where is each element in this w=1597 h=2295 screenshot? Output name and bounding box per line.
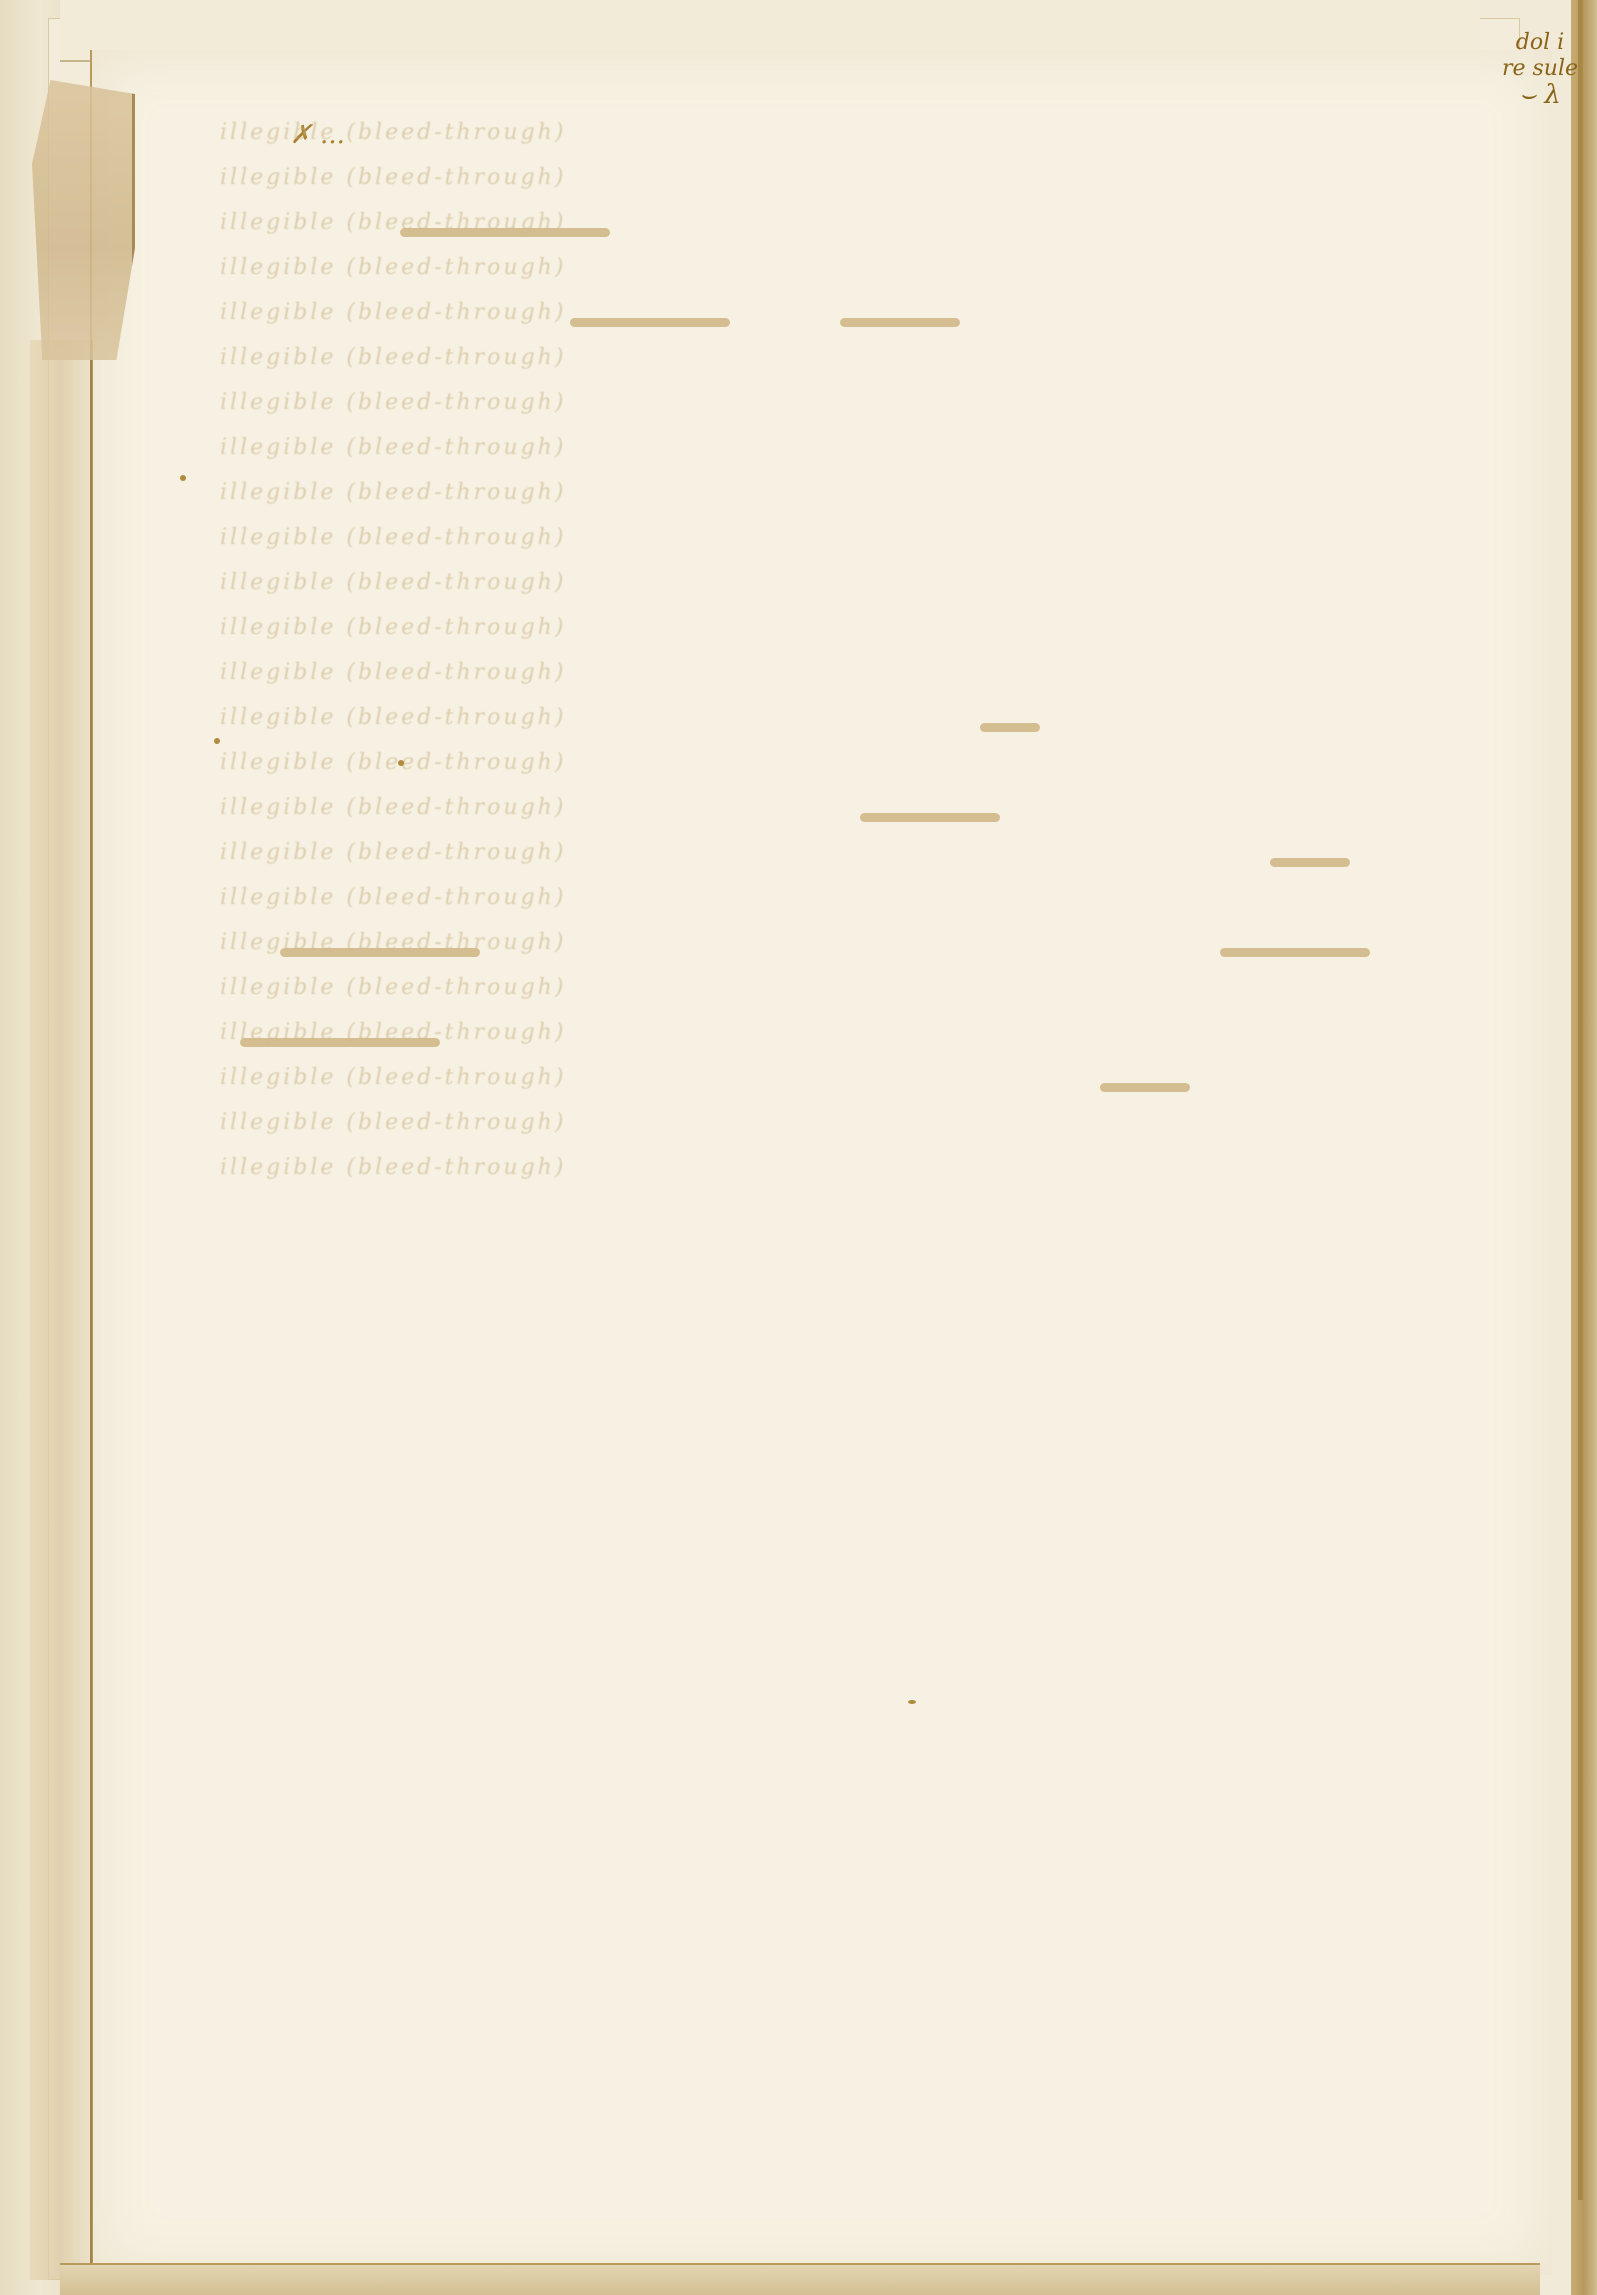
struck-out-word	[400, 228, 610, 237]
line-text: illegible (bleed-through)	[220, 705, 566, 730]
manuscript-line: illegible (bleed-through)	[220, 1020, 1400, 1062]
manuscript-line: illegible (bleed-through)	[220, 930, 1400, 972]
ink-speck	[180, 475, 186, 481]
manuscript-line: illegible (bleed-through)	[220, 795, 1400, 837]
line-text: illegible (bleed-through)	[220, 570, 566, 595]
manuscript-line: illegible (bleed-through)	[220, 660, 1400, 702]
right-binding-edge	[1571, 0, 1597, 2295]
line-text: illegible (bleed-through)	[220, 1065, 566, 1090]
line-text: illegible (bleed-through)	[220, 885, 566, 910]
line-text: illegible (bleed-through)	[220, 975, 566, 1000]
struck-out-word	[1220, 948, 1370, 957]
line-text: illegible (bleed-through)	[220, 300, 566, 325]
right-edge-line	[1578, 0, 1583, 2200]
line-text: illegible (bleed-through)	[220, 795, 566, 820]
manuscript-line: illegible (bleed-through)	[220, 705, 1400, 747]
bottom-paper-edge	[60, 2263, 1540, 2295]
line-text: illegible (bleed-through)	[220, 1110, 566, 1135]
line-text: illegible (bleed-through)	[220, 165, 566, 190]
manuscript-line: illegible (bleed-through)	[220, 615, 1400, 657]
struck-out-word	[1100, 1083, 1190, 1092]
line-text: illegible (bleed-through)	[220, 750, 566, 775]
struck-out-word	[570, 318, 730, 327]
manuscript-line: illegible (bleed-through)	[220, 210, 1400, 252]
struck-out-word	[860, 813, 1000, 822]
line-text: illegible (bleed-through)	[220, 390, 566, 415]
manuscript-line: illegible (bleed-through)	[220, 120, 1400, 162]
left-torn-edge	[30, 340, 93, 2280]
struck-out-word	[840, 318, 960, 327]
line-text: illegible (bleed-through)	[220, 480, 566, 505]
ink-speck	[214, 738, 220, 744]
margin-note-line-2: re sule	[1502, 56, 1578, 81]
margin-annotation: dol i re sule ⌣ λ	[1490, 30, 1590, 108]
struck-out-word	[980, 723, 1040, 732]
struck-out-word	[240, 1038, 440, 1047]
manuscript-line: illegible (bleed-through)	[220, 840, 1400, 882]
manuscript-line: illegible (bleed-through)	[220, 525, 1400, 567]
manuscript-line: illegible (bleed-through)	[220, 1110, 1400, 1152]
line-text: illegible (bleed-through)	[220, 120, 566, 145]
line-text: illegible (bleed-through)	[220, 840, 566, 865]
manuscript-line: illegible (bleed-through)	[220, 345, 1400, 387]
manuscript-line: illegible (bleed-through)	[220, 255, 1400, 297]
line-text: illegible (bleed-through)	[220, 435, 566, 460]
margin-note-line-1: dol i	[1516, 30, 1564, 55]
manuscript-line: illegible (bleed-through)	[220, 975, 1400, 1017]
left-repair-tape	[32, 80, 135, 360]
line-text: illegible (bleed-through)	[220, 660, 566, 685]
line-text: illegible (bleed-through)	[220, 615, 566, 640]
manuscript-line: illegible (bleed-through)	[220, 1155, 1400, 1197]
manuscript-line: illegible (bleed-through)	[220, 885, 1400, 927]
line-text: illegible (bleed-through)	[220, 345, 566, 370]
manuscript-line: illegible (bleed-through)	[220, 300, 1400, 342]
manuscript-line: illegible (bleed-through)	[220, 570, 1400, 612]
margin-note-glyph: ⌣ λ	[1490, 82, 1590, 108]
manuscript-line: illegible (bleed-through)	[220, 1065, 1400, 1107]
manuscript-line: illegible (bleed-through)	[220, 165, 1400, 207]
line-text: illegible (bleed-through)	[220, 1155, 566, 1180]
manuscript-line: illegible (bleed-through)	[220, 480, 1400, 522]
struck-out-word	[280, 948, 480, 957]
ink-speck	[908, 1700, 916, 1704]
manuscript-line: illegible (bleed-through)	[220, 750, 1400, 792]
ink-speck	[398, 760, 404, 766]
line-text: illegible (bleed-through)	[220, 525, 566, 550]
line-text: illegible (bleed-through)	[220, 255, 566, 280]
struck-out-word	[1270, 858, 1350, 867]
manuscript-line: illegible (bleed-through)	[220, 390, 1400, 432]
manuscript-line: illegible (bleed-through)	[220, 435, 1400, 477]
manuscript-text-block: illegible (bleed-through)illegible (blee…	[220, 120, 1400, 1200]
